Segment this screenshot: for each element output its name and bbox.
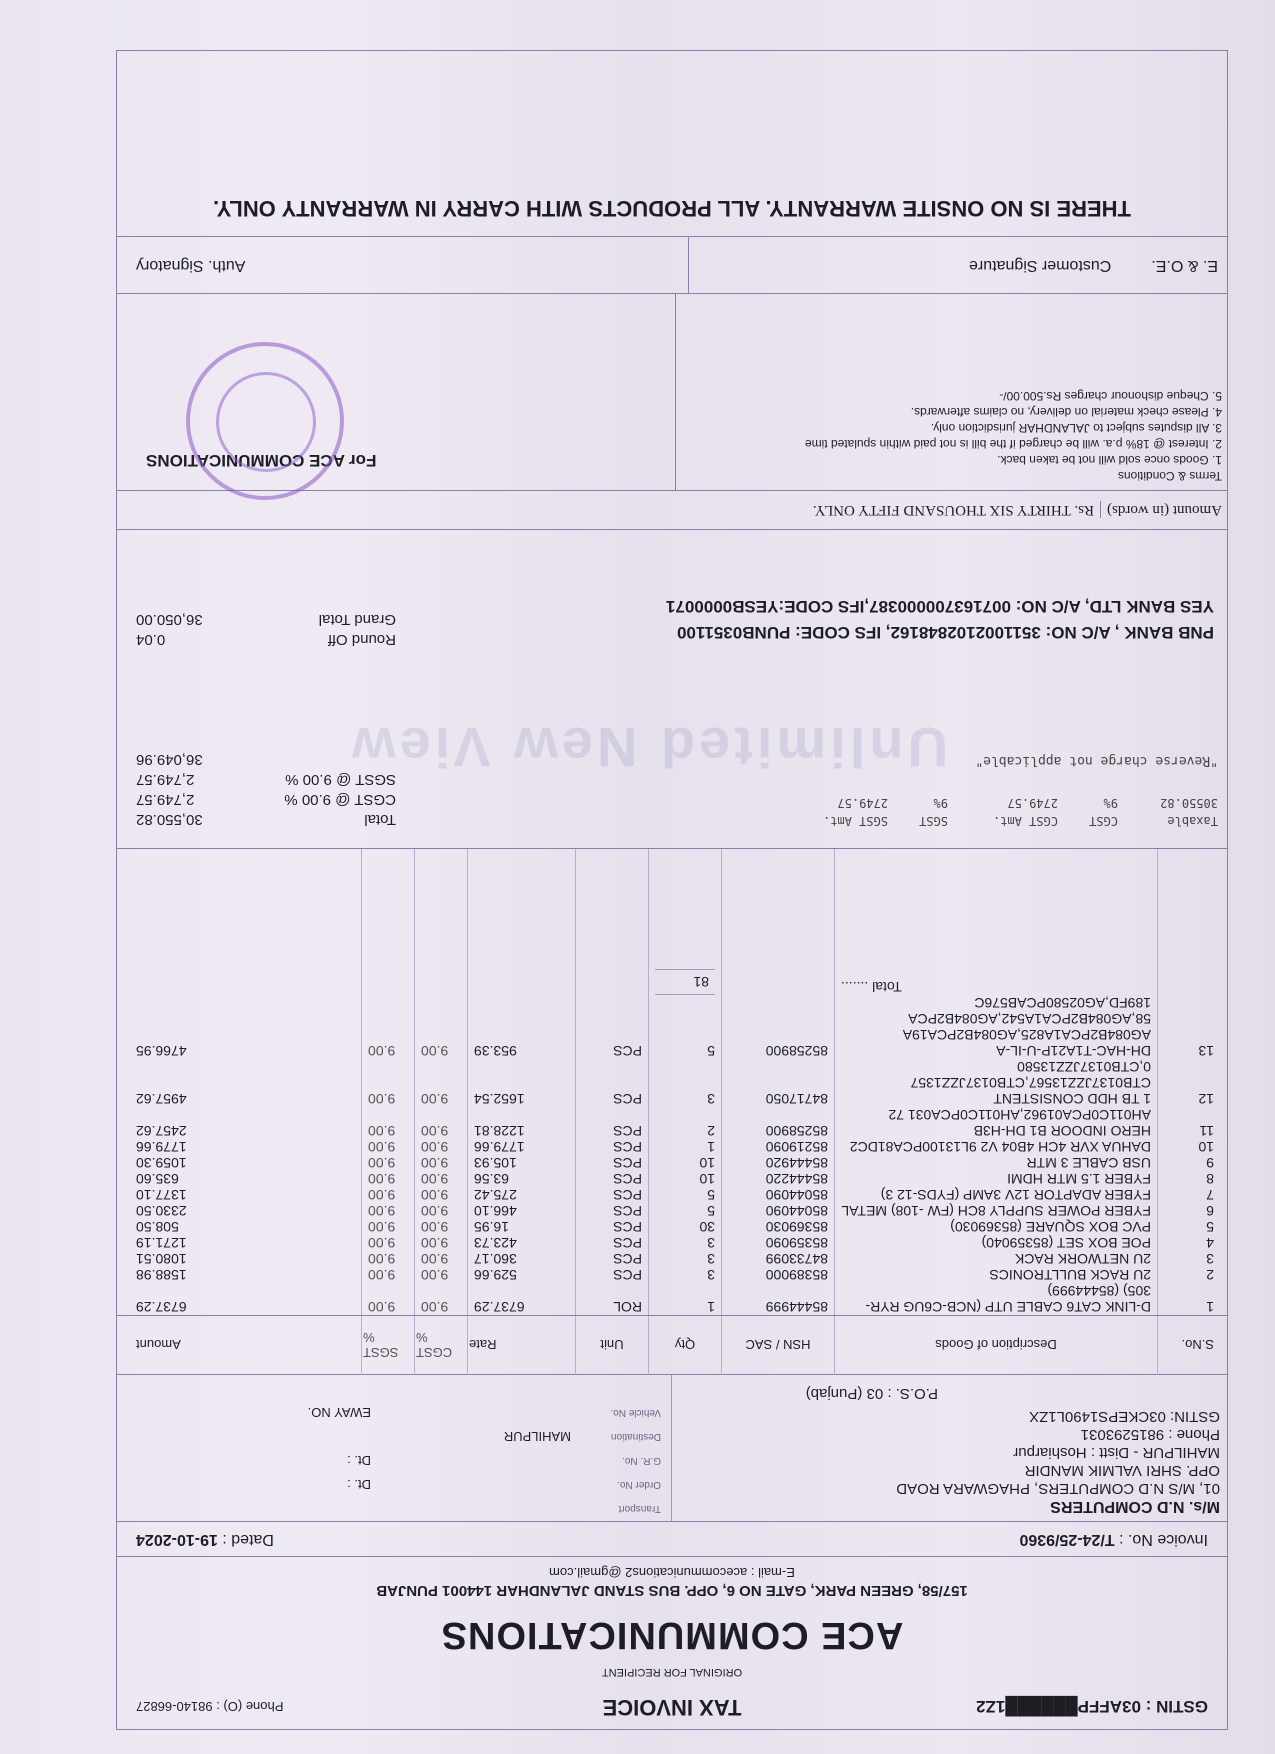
cell-sgst: 9.00 <box>362 1283 415 1316</box>
cell-rate: 6737.29 <box>468 1283 576 1316</box>
table-row: 9USB CABLE 3 MTR8544492010PCS105.939.009… <box>116 1155 1228 1171</box>
subtotal-value: 36,049.96 <box>116 748 246 768</box>
bank-line-yes: YES BANK LTD, A/C NO: 007163700000387,IF… <box>416 596 1214 616</box>
cell-unit: PCS <box>576 1235 649 1251</box>
vehicle-no-label: Vehicle No. <box>571 1408 671 1419</box>
amount-words-label: Amount (in words) <box>1100 502 1222 519</box>
col-sn: S.No. <box>1158 1316 1229 1375</box>
cell-qty: 1 <box>649 1139 722 1155</box>
cell-amount: 1271.19 <box>116 1235 362 1251</box>
cell-cgst: 9.00 <box>415 1107 468 1139</box>
sgst-value: 2,749.57 <box>116 768 246 788</box>
company-address: 157/58, GREEN PARK, GATE NO 6, OPP. BUS … <box>116 1582 1228 1599</box>
items-table: S.No. Description of Goods HSN / SAC Qty… <box>116 849 1228 1375</box>
buyer-line: MAHILPUR - Distt : Hoshiarpur <box>680 1443 1220 1461</box>
terms-section: Terms & Conditions 1. Goods once sold wi… <box>116 293 1228 490</box>
table-row: 32U NETWORK RACK847330993PCS360.179.009.… <box>116 1251 1228 1267</box>
table-row: 121 TB HDD CONSISTENT CTB0137JZZ13567,CT… <box>116 1059 1228 1107</box>
col-qty: Qty <box>649 1316 722 1375</box>
order-date-label: Dt. : <box>291 1478 371 1493</box>
cell-sn: 9 <box>1158 1155 1229 1171</box>
terms-list: Terms & Conditions 1. Goods once sold wi… <box>675 294 1228 490</box>
cell-cgst: 9.00 <box>415 1171 468 1187</box>
buyer-line: Phone : 9815293031 <box>680 1425 1220 1443</box>
cell-rate: 466.10 <box>468 1203 576 1219</box>
cell-hsn: 85044090 <box>722 1187 835 1203</box>
cell-sgst: 9.00 <box>362 1203 415 1219</box>
cell-unit: PCS <box>576 1267 649 1283</box>
tax-value: 30550.82 <box>1118 796 1218 810</box>
cell-rate: 529.66 <box>468 1267 576 1283</box>
total-label: Total <box>246 808 416 828</box>
table-total-row: Total .......81 <box>116 969 1228 995</box>
invoice-date: 19-10-2024 <box>136 1531 218 1548</box>
total-value: 30,550.82 <box>116 808 246 828</box>
cell-hsn: 85444999 <box>722 1283 835 1316</box>
cell-desc: POE BOX SET (85359040) <box>835 1235 1158 1251</box>
tax-value: 2749.57 <box>948 796 1058 810</box>
cell-desc: FYBER POWER SUPPLY 8CH (FW -108) METAL <box>835 1203 1158 1219</box>
cell-sgst: 9.00 <box>362 1187 415 1203</box>
cell-rate: 63.56 <box>468 1171 576 1187</box>
cell-rate: 1779.66 <box>468 1139 576 1155</box>
cell-sgst: 9.00 <box>362 1267 415 1283</box>
cell-amount: 2457.62 <box>116 1107 362 1139</box>
cell-sgst: 9.00 <box>362 1059 415 1107</box>
buyer-details: M/s. N.D COMPUTERS 01, M/S N.D COMPUTERS… <box>671 1375 1228 1521</box>
grand-total-label: Grand Total <box>246 608 416 628</box>
cell-amount: 635.60 <box>116 1171 362 1187</box>
col-amount: Amount <box>116 1316 362 1375</box>
col-rate: Rate <box>468 1316 576 1375</box>
cell-cgst: 9.00 <box>415 1155 468 1171</box>
cell-sn: 11 <box>1158 1107 1229 1139</box>
cell-cgst: 9.00 <box>415 1203 468 1219</box>
bank-line-pnb: PNB BANK , A/C NO: 3511002102848162, IFS… <box>416 622 1214 642</box>
cell-cgst: 9.00 <box>415 1267 468 1283</box>
cell-sn: 12 <box>1158 1059 1229 1107</box>
buyer-name: M/s. N.D COMPUTERS <box>680 1497 1220 1515</box>
table-row: 22U RACK BULLTRONICS853890003PCS529.669.… <box>116 1267 1228 1283</box>
company-email: E-mail : acecommunications2 @gmail.com <box>116 1556 1228 1580</box>
col-cgst: CGST % <box>415 1316 468 1375</box>
buyer-section: M/s. N.D COMPUTERS 01, M/S N.D COMPUTERS… <box>116 1375 1228 1521</box>
total-qty-label: Total ....... <box>835 969 1158 995</box>
cell-hsn: 85219090 <box>722 1139 835 1155</box>
cell-qty: 3 <box>649 1235 722 1251</box>
cell-sn: 6 <box>1158 1203 1229 1219</box>
cell-hsn: 85444220 <box>722 1171 835 1187</box>
gr-no-label: G.R. No. <box>571 1456 671 1467</box>
cell-unit: PCS <box>576 1107 649 1139</box>
cell-sn: 8 <box>1158 1171 1229 1187</box>
cell-amount: 1588.98 <box>116 1267 362 1283</box>
tax-header: CGST <box>1058 814 1118 828</box>
cell-unit: PCS <box>576 1187 649 1203</box>
seller-sign-area: For ACE COMMUNICATIONS <box>116 294 675 490</box>
cell-unit: PCS <box>576 1155 649 1171</box>
company-stamp-icon <box>186 342 344 500</box>
cell-sn: 3 <box>1158 1251 1229 1267</box>
cell-sn: 10 <box>1158 1139 1229 1155</box>
cell-amount: 1779.66 <box>116 1139 362 1155</box>
cell-unit: PCS <box>576 1251 649 1267</box>
cell-qty: 1 <box>649 1283 722 1316</box>
cell-hsn: 85359090 <box>722 1235 835 1251</box>
cell-rate: 360.17 <box>468 1251 576 1267</box>
terms-item: 5. Cheque dishonour charges Rs.500.00/- <box>682 388 1222 404</box>
cell-cgst: 9.00 <box>415 1283 468 1316</box>
table-row: 5PVC BOX SQUARE (85369030)8536903030PCS1… <box>116 1219 1228 1235</box>
cell-hsn: 85444920 <box>722 1155 835 1171</box>
col-hsn: HSN / SAC <box>722 1316 835 1375</box>
cell-sgst: 9.00 <box>362 1107 415 1139</box>
cell-rate: 1228.81 <box>468 1107 576 1139</box>
tax-header: CGST Amt. <box>948 814 1058 828</box>
tax-value: 9% <box>1058 796 1118 810</box>
cell-sn: 2 <box>1158 1267 1229 1283</box>
destination-label: Destination <box>571 1432 671 1443</box>
table-row: 6FYBER POWER SUPPLY 8CH (FW -108) METAL8… <box>116 1203 1228 1219</box>
cell-desc: DH-HAC-T1A21P-U-IL-A AG084B2PCA1A825,AG0… <box>835 995 1158 1059</box>
cell-amount: 508.50 <box>116 1219 362 1235</box>
grand-total-value: 36,050.00 <box>116 608 246 628</box>
buyer-line: OPP. SHRI VALMIK MANDIR <box>680 1461 1220 1479</box>
cell-rate: 953.39 <box>468 995 576 1059</box>
tax-header: SGST <box>888 814 948 828</box>
invoice-date-label: Dated : <box>222 1531 274 1548</box>
cell-cgst: 9.00 <box>415 1251 468 1267</box>
tax-value: 2749.57 <box>788 796 888 810</box>
cell-amount: 1080.51 <box>116 1251 362 1267</box>
cell-qty: 5 <box>649 1203 722 1219</box>
cell-sgst: 9.00 <box>362 1171 415 1187</box>
cell-hsn: 84717050 <box>722 1059 835 1107</box>
terms-item: 2. Interest @ 18% p.a. will be charged i… <box>682 436 1222 452</box>
amount-words-value: Rs. THIRTY SIX THOUSAND FIFTY ONLY. <box>813 502 1094 519</box>
watermark-text: Unlimited New View <box>348 715 948 780</box>
cell-amount: 1059.30 <box>116 1155 362 1171</box>
company-name: ACE COMMUNICATIONS <box>116 1613 1228 1656</box>
cell-hsn: 85258900 <box>722 1107 835 1139</box>
cell-cgst: 9.00 <box>415 1187 468 1203</box>
cell-qty: 10 <box>649 1155 722 1171</box>
cell-desc: FYBER 1.5 MTR HDMI <box>835 1171 1158 1187</box>
cell-cgst: 9.00 <box>415 1139 468 1155</box>
cell-desc: D-LINK CAT6 CABLE UTP (NCB-C6UG RYR-305)… <box>835 1283 1158 1316</box>
transport-details: Transport Order No.Dt. : G.R. No.Dt. : D… <box>116 1375 671 1521</box>
cell-sn: 4 <box>1158 1235 1229 1251</box>
table-row: 4POE BOX SET (85359040)853590903PCS423.7… <box>116 1235 1228 1251</box>
customer-signature-label: Customer Signature <box>969 256 1111 274</box>
cell-hsn: 85044090 <box>722 1203 835 1219</box>
buyer-gstin: GSTIN: 03CKEPS1490L1ZX <box>680 1407 1220 1425</box>
cell-sn: 7 <box>1158 1187 1229 1203</box>
cell-qty: 30 <box>649 1219 722 1235</box>
header-top: GSTIN : 03AFFP██████1Z2 TAX INVOICE Phon… <box>116 1674 1228 1730</box>
cell-unit: PCS <box>576 1219 649 1235</box>
cell-rate: 1652.54 <box>468 1059 576 1107</box>
cell-sn: 1 <box>1158 1283 1229 1316</box>
cell-sgst: 9.00 <box>362 1235 415 1251</box>
buyer-line: 01, M/S N.D COMPUTERS, PHAGWARA ROAD <box>680 1479 1220 1497</box>
table-row: 10DAHUA XVR 4CH 4B04 V2 9L13100PCA81DC28… <box>116 1139 1228 1155</box>
cell-sgst: 9.00 <box>362 1139 415 1155</box>
cell-desc: 1 TB HDD CONSISTENT CTB0137JZZ13567,CTB0… <box>835 1059 1158 1107</box>
cell-qty: 2 <box>649 1107 722 1139</box>
cell-desc: HERO INDOOR B1 DH-H3B AH011C0PCA01962,AH… <box>835 1107 1158 1139</box>
place-of-supply: P.O.S. : 03 (Punjab) <box>806 1385 938 1402</box>
col-unit: Unit <box>576 1316 649 1375</box>
round-off-label: Round Off <box>246 628 416 648</box>
cell-qty: 10 <box>649 1171 722 1187</box>
terms-item: 1. Goods once sold will not be taken bac… <box>682 452 1222 468</box>
cell-hsn: 85389000 <box>722 1267 835 1283</box>
cell-sn: 5 <box>1158 1219 1229 1235</box>
col-description: Description of Goods <box>835 1316 1158 1375</box>
cell-amount: 1377.10 <box>116 1187 362 1203</box>
cell-cgst: 9.00 <box>415 1235 468 1251</box>
table-header-row: S.No. Description of Goods HSN / SAC Qty… <box>116 1316 1228 1375</box>
table-row: 11HERO INDOOR B1 DH-H3B AH011C0PCA01962,… <box>116 1107 1228 1139</box>
cell-desc: USB CABLE 3 MTR <box>835 1155 1158 1171</box>
round-off-value: 0.04 <box>116 628 246 648</box>
cell-unit: PCS <box>576 1059 649 1107</box>
cell-amount: 6737.29 <box>116 1283 362 1316</box>
cell-qty: 3 <box>649 1267 722 1283</box>
cell-cgst: 9.00 <box>415 1219 468 1235</box>
cell-desc: 2U RACK BULLTRONICS <box>835 1267 1158 1283</box>
cell-amount: 4766.95 <box>116 995 362 1059</box>
invoice-info-row: Invoice No. : T/24-25/9360 Dated : 19-10… <box>116 1521 1228 1556</box>
cell-unit: PCS <box>576 1203 649 1219</box>
cell-sgst: 9.00 <box>362 1155 415 1171</box>
cell-desc: DAHUA XVR 4CH 4B04 V2 9L13100PCA81DC2 <box>835 1139 1158 1155</box>
cell-qty: 3 <box>649 1251 722 1267</box>
table-row: 1D-LINK CAT6 CABLE UTP (NCB-C6UG RYR-305… <box>116 1283 1228 1316</box>
order-no-label: Order No. <box>571 1480 671 1491</box>
cell-rate: 423.73 <box>468 1235 576 1251</box>
invoice-number-label: Invoice No. : <box>1119 1531 1208 1548</box>
cell-rate: 275.42 <box>468 1187 576 1203</box>
tax-grid: TaxableCGSTCGST Amt.SGSTSGST Amt.30550.8… <box>426 796 1218 828</box>
cgst-value: 2,749.57 <box>116 788 246 808</box>
cell-desc: 2U NETWORK RACK <box>835 1251 1158 1267</box>
cell-cgst: 9.00 <box>415 995 468 1059</box>
cell-qty: 3 <box>649 1059 722 1107</box>
gr-date-label: Dt. : <box>291 1454 371 1469</box>
cell-qty: 5 <box>649 995 722 1059</box>
cell-desc: PVC BOX SQUARE (85369030) <box>835 1219 1158 1235</box>
items-body: 1D-LINK CAT6 CABLE UTP (NCB-C6UG RYR-305… <box>116 849 1228 1316</box>
signature-row: E. & O.E. Customer Signature Auth. Signa… <box>116 237 1228 293</box>
cell-desc: FYBER ADAPTOR 12V 3AMP (FYDS-12 3) <box>835 1187 1158 1203</box>
warranty-notice: THERE IS NO ONSITE WARRANTY. ALL PRODUCT… <box>116 180 1228 237</box>
terms-item: 3. All disputes subject to JALANDHAR jur… <box>682 420 1222 436</box>
cell-unit: PCS <box>576 995 649 1059</box>
cell-sgst: 9.00 <box>362 1219 415 1235</box>
cell-hsn: 85258900 <box>722 995 835 1059</box>
auth-signatory-label: Auth. Signatory <box>116 256 688 274</box>
cell-sgst: 9.00 <box>362 1251 415 1267</box>
cell-unit: ROL <box>576 1283 649 1316</box>
bank-details: PNB BANK , A/C NO: 3511002102848162, IFS… <box>416 530 1228 648</box>
cell-amount: 4957.62 <box>116 1059 362 1107</box>
destination-value: MAHILPUR <box>371 1430 571 1445</box>
cell-cgst: 9.00 <box>415 1059 468 1107</box>
eoe-label: E. & O.E. <box>1151 256 1218 274</box>
seller-phone: Phone (O) : 98140-66827 <box>136 1699 283 1714</box>
terms-item: 4. Please check material on delivery, no… <box>682 404 1222 420</box>
cell-sgst: 9.00 <box>362 995 415 1059</box>
table-row: 13DH-HAC-T1A21P-U-IL-A AG084B2PCA1A825,A… <box>116 995 1228 1059</box>
cgst-label: CGST @ 9.00 % <box>246 788 416 808</box>
cell-rate: 105.93 <box>468 1155 576 1171</box>
bank-section: PNB BANK , A/C NO: 3511002102848162, IFS… <box>116 529 1228 648</box>
cell-hsn: 84733099 <box>722 1251 835 1267</box>
cell-hsn: 85369030 <box>722 1219 835 1235</box>
eway-no-label: EWAY NO. <box>291 1406 371 1421</box>
invoice-number: T/24-25/9360 <box>1019 1531 1114 1548</box>
table-row: 7FYBER ADAPTOR 12V 3AMP (FYDS-12 3)85044… <box>116 1187 1228 1203</box>
cell-unit: PCS <box>576 1139 649 1155</box>
cell-rate: 16.95 <box>468 1219 576 1235</box>
tax-value: 9% <box>888 796 948 810</box>
tax-header: SGST Amt. <box>788 814 888 828</box>
invoice-sheet: Unlimited New View GSTIN : 03AFFP██████1… <box>116 50 1228 1730</box>
tax-header: Taxable <box>1118 814 1218 828</box>
terms-title: Terms & Conditions <box>682 468 1222 484</box>
cell-unit: PCS <box>576 1171 649 1187</box>
cell-amount: 2330.50 <box>116 1203 362 1219</box>
grand-total-block: Round Off0.04 Grand Total36,050.00 <box>116 530 416 648</box>
transport-label: Transport <box>571 1504 671 1515</box>
cell-sn: 13 <box>1158 995 1229 1059</box>
invoice-paper: Unlimited New View GSTIN : 03AFFP██████1… <box>0 0 1275 1754</box>
total-qty: 81 <box>655 969 715 995</box>
col-sgst: SGST % <box>362 1316 415 1375</box>
cell-qty: 5 <box>649 1187 722 1203</box>
table-row: 8FYBER 1.5 MTR HDMI8544422010PCS63.569.0… <box>116 1171 1228 1187</box>
